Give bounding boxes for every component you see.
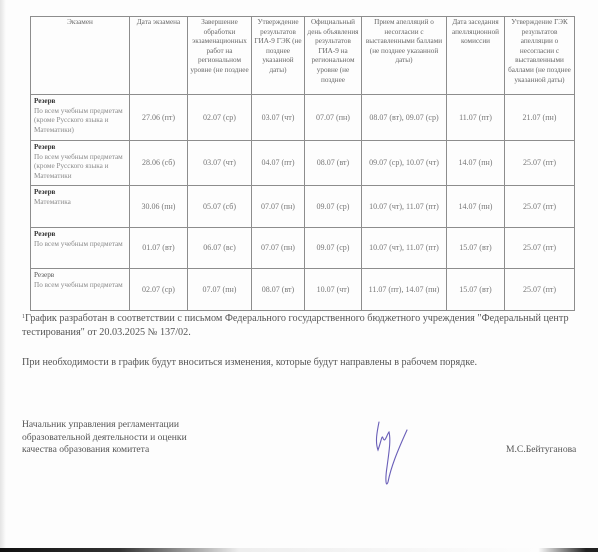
exam-desc: По всем учебным предметам (кроме Русског… [34, 153, 126, 182]
signer-name: М.С.Бейтуганова [506, 444, 576, 455]
appeals: 09.07 (ср), 10.07 (чт) [362, 141, 447, 186]
official-results: 07.07 (пн) [305, 95, 362, 141]
scan-edge-shadow [0, 0, 6, 552]
table-header-row: Экзамен Дата экзамена Завершение обработ… [31, 17, 575, 95]
processing-end: 02.07 (ср) [188, 95, 252, 141]
exam-title: Резерв [34, 230, 126, 240]
exam-cell: Резерв Математика [31, 186, 130, 228]
exam-cell: Резерв По всем учебным предметам (кроме … [31, 95, 130, 141]
footnote-marker: 1 [22, 314, 25, 320]
commission: 11.07 (пт) [447, 95, 505, 141]
header-processing-end: Завершение обработки экзаменационных раб… [188, 17, 252, 95]
signer-position: Начальник управления регламентации образ… [22, 419, 187, 457]
commission: 15.07 (вт) [447, 269, 505, 311]
appeal-approval: 25.07 (пт) [505, 141, 575, 186]
gek-approval: 07.07 (пн) [252, 186, 305, 228]
gek-approval: 03.07 (чт) [252, 95, 305, 141]
exam-date: 30.06 (пн) [130, 186, 188, 228]
official-results: 09.07 (ср) [305, 228, 362, 269]
gek-approval: 04.07 (пт) [252, 141, 305, 186]
exam-cell: Резерв По всем учебным предметам [31, 228, 130, 269]
exam-desc: Математика [34, 198, 126, 208]
official-results: 09.07 (ср) [305, 186, 362, 228]
exam-schedule-table: Экзамен Дата экзамена Завершение обработ… [30, 16, 575, 311]
table-row: Резерв По всем учебным предметам 01.07 (… [31, 228, 575, 269]
commission: 14.07 (пн) [447, 141, 505, 186]
footnote: 1График разработан в соответствии с пись… [22, 312, 574, 340]
appeals: 10.07 (чт), 11.07 (пт) [362, 228, 447, 269]
exam-title: Резерв [34, 188, 126, 198]
table-row: Резерв Математика 30.06 (пн) 05.07 (сб) … [31, 186, 575, 228]
official-results: 10.07 (чт) [305, 269, 362, 311]
exam-title: Резерв [34, 97, 126, 107]
exam-desc: По всем учебным предметам [34, 281, 126, 291]
exam-desc: По всем учебным предметам [34, 240, 126, 250]
exam-date: 02.07 (ср) [130, 269, 188, 311]
header-gek-approval: Утверждение результатов ГИА-9 ГЭК (не по… [252, 17, 305, 95]
signer-position-line: Начальник управления регламентации [22, 419, 187, 432]
gek-approval: 08.07 (вт) [252, 269, 305, 311]
header-commission: Дата заседания апелляционной комиссии [447, 17, 505, 95]
exam-desc: По всем учебным предметам (кроме Русског… [34, 107, 126, 136]
handwritten-signature-icon [373, 412, 413, 492]
processing-end: 05.07 (сб) [188, 186, 252, 228]
table-row: Резерв По всем учебным предметам 02.07 (… [31, 269, 575, 311]
appeal-approval: 21.07 (пн) [505, 95, 575, 141]
appeals: 08.07 (вт), 09.07 (ср) [362, 95, 447, 141]
changes-note: При необходимости в график будут вносить… [22, 357, 477, 368]
exam-title: Резерв [34, 143, 126, 153]
exam-title: Резерв [34, 271, 126, 281]
exam-date: 28.06 (сб) [130, 141, 188, 186]
appeal-approval: 25.07 (пт) [505, 228, 575, 269]
header-appeal-approval: Утверждение ГЭК результатов апелляции о … [505, 17, 575, 95]
exam-cell: Резерв По всем учебным предметам [31, 269, 130, 311]
processing-end: 06.07 (вс) [188, 228, 252, 269]
gek-approval: 07.07 (пн) [252, 228, 305, 269]
footnote-text: График разработан в соответствии с письм… [22, 313, 569, 338]
appeal-approval: 25.07 (пт) [505, 269, 575, 311]
table-row: Резерв По всем учебным предметам (кроме … [31, 141, 575, 186]
appeals: 10.07 (чт), 11.07 (пт) [362, 186, 447, 228]
exam-cell: Резерв По всем учебным предметам (кроме … [31, 141, 130, 186]
header-exam-date: Дата экзамена [130, 17, 188, 95]
commission: 14.07 (пн) [447, 186, 505, 228]
appeals: 11.07 (пт), 14.07 (пн) [362, 269, 447, 311]
scan-bottom-edge [0, 548, 598, 552]
processing-end: 03.07 (чт) [188, 141, 252, 186]
header-exam: Экзамен [31, 17, 130, 95]
signer-position-line: образовательной деятельности и оценки [22, 432, 187, 445]
commission: 15.07 (вт) [447, 228, 505, 269]
official-results: 08.07 (вт) [305, 141, 362, 186]
appeal-approval: 25.07 (пт) [505, 186, 575, 228]
exam-date: 27.06 (пт) [130, 95, 188, 141]
table-row: Резерв По всем учебным предметам (кроме … [31, 95, 575, 141]
processing-end: 07.07 (пн) [188, 269, 252, 311]
header-official-results: Официальный день объявления результатов … [305, 17, 362, 95]
exam-date: 01.07 (вт) [130, 228, 188, 269]
signer-position-line: качества образования комитета [22, 444, 187, 457]
header-appeals: Прием апелляций о несогласии с выставлен… [362, 17, 447, 95]
